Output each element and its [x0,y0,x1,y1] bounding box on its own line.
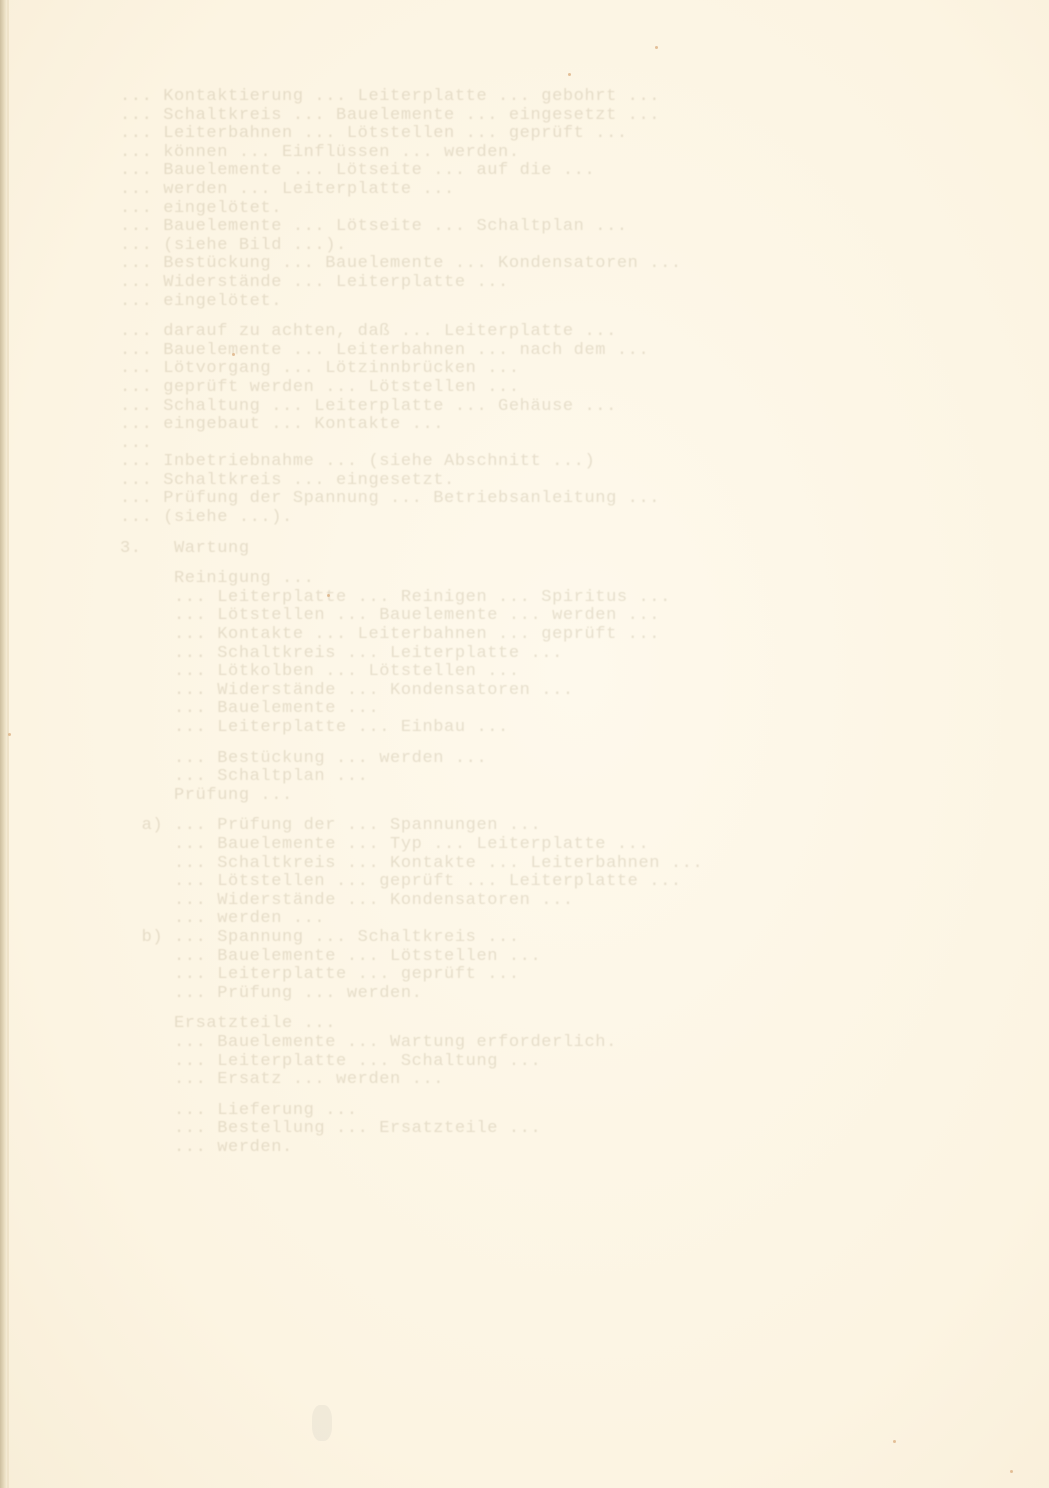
bleed-line: ... werden ... [120,910,940,929]
bleed-line: ... Widerstände ... Kondensatoren ... [120,892,940,911]
bleed-line: Reinigung ... [120,570,940,589]
bleed-line [120,1090,940,1102]
bleed-line: ... (siehe Bild ...). [120,237,940,256]
bleed-line: a) ... Prüfung der ... Spannungen ... [120,817,940,836]
bleed-line: ... Inbetriebnahme ... (siehe Abschnitt … [120,453,940,472]
bleed-line: ... Schaltkreis ... Leiterplatte ... [120,645,940,664]
bleed-line: ... werden ... Leiterplatte ... [120,181,940,200]
bleed-line: ... Leiterbahnen ... Lötstellen ... gepr… [120,125,940,144]
bleed-line: ... Schaltkreis ... eingesetzt. [120,472,940,491]
bleed-line: ... Bauelemente ... Lötseite ... auf die… [120,162,940,181]
bleed-line: ... Bauelemente ... [120,700,940,719]
bleed-line: ... können ... Einflüssen ... werden. [120,144,940,163]
bleed-line: ... Leiterplatte ... Schaltung ... [120,1053,940,1072]
bleed-line: ... (siehe ...). [120,509,940,528]
bleed-line: ... Bauelemente ... Lötseite ... Schaltp… [120,218,940,237]
bleed-line: ... Leiterplatte ... Reinigen ... Spirit… [120,589,940,608]
bleed-line: ... Widerstände ... Leiterplatte ... [120,274,940,293]
bleed-line: ... Bestückung ... Bauelemente ... Konde… [120,255,940,274]
bleed-line: ... Bauelemente ... Wartung erforderlich… [120,1034,940,1053]
paper-speck [327,594,330,597]
bleed-line: ... Schaltkreis ... Bauelemente ... eing… [120,107,940,126]
bleed-line: ... Prüfung ... werden. [120,985,940,1004]
bleed-line: ... eingelötet. [120,200,940,219]
binding-shadow [7,0,9,1488]
bleed-line: ... Ersatz ... werden ... [120,1071,940,1090]
scanned-page: ... Kontaktierung ... Leiterplatte ... g… [0,0,1049,1488]
bleed-line: ... Bauelemente ... Leiterbahnen ... nac… [120,342,940,361]
bleed-line: ... Bestückung ... werden ... [120,750,940,769]
bleed-line: ... geprüft werden ... Lötstellen ... [120,379,940,398]
bleed-line: ... Widerstände ... Kondensatoren ... [120,682,940,701]
bleed-line [120,738,940,750]
bleed-line: ... Lötstellen ... Bauelemente ... werde… [120,607,940,626]
bleed-line: Ersatzteile ... [120,1015,940,1034]
paper-speck [8,733,11,736]
bleed-line [120,528,940,540]
bleed-line: ... Lötkolben ... Lötstellen ... [120,663,940,682]
paper-speck [655,46,658,49]
binding-edge [0,0,7,1488]
paper-speck [232,353,235,356]
bleed-line: ... darauf zu achten, daß ... Leiterplat… [120,323,940,342]
bleed-line: 3. Wartung [120,540,940,559]
bleed-line: b) ... Spannung ... Schaltkreis ... [120,929,940,948]
bleed-line: ... Kontakte ... Leiterbahnen ... geprüf… [120,626,940,645]
paper-smudge [312,1405,332,1441]
bleed-line: ... eingelötet. [120,293,940,312]
bleed-line: ... Bauelemente ... Typ ... Leiterplatte… [120,836,940,855]
bleed-line: ... Lieferung ... [120,1102,940,1121]
bleed-line: ... Schaltplan ... [120,768,940,787]
bleed-line: ... Leiterplatte ... Einbau ... [120,719,940,738]
bleed-line: ... eingebaut ... Kontakte ... [120,416,940,435]
paper-speck [893,1440,896,1443]
bleed-line: ... Prüfung der Spannung ... Betriebsanl… [120,490,940,509]
bleed-line: ... werden. [120,1139,940,1158]
bleed-line: ... [120,435,940,454]
bleed-line: ... Kontaktierung ... Leiterplatte ... g… [120,88,940,107]
paper-speck [1010,1470,1013,1473]
paper-speck [568,73,571,76]
bleed-line: ... Schaltkreis ... Kontakte ... Leiterb… [120,855,940,874]
bleed-line: ... Bestellung ... Ersatzteile ... [120,1120,940,1139]
bleed-line: ... Leiterplatte ... geprüft ... [120,966,940,985]
bleed-line: Prüfung ... [120,787,940,806]
bleed-line: ... Bauelemente ... Lötstellen ... [120,948,940,967]
bleed-through-text: ... Kontaktierung ... Leiterplatte ... g… [120,88,940,1157]
bleed-line: ... Schaltung ... Leiterplatte ... Gehäu… [120,398,940,417]
bleed-line: ... Lötvorgang ... Lötzinnbrücken ... [120,360,940,379]
bleed-line: ... Lötstellen ... geprüft ... Leiterpla… [120,873,940,892]
